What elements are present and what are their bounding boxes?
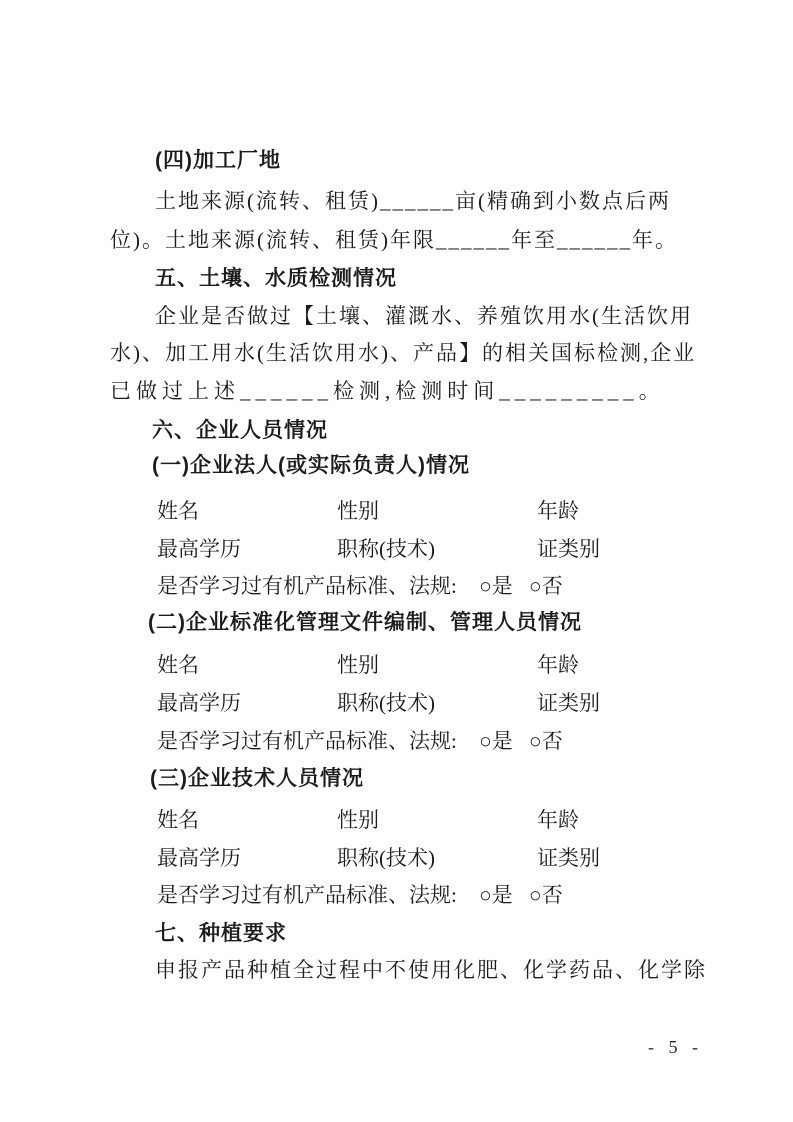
section7-heading: 七、种植要求 — [155, 921, 287, 947]
field-label-age: 年龄 — [537, 495, 579, 525]
radio-yes-option: ○是 — [479, 574, 513, 598]
field-label-cert: 证类别 — [537, 687, 600, 717]
personnel-1-heading: (一)企业法人(或实际负责人)情况 — [152, 453, 470, 479]
personnel-2-row-basic: 姓名 性别 年龄 — [0, 649, 793, 677]
field-label-cert: 证类别 — [537, 842, 600, 872]
field-label-title: 职称(技术) — [337, 842, 435, 872]
section4-line2: 位)。土地来源(流转、租赁)年限______年至______年。 — [110, 227, 678, 253]
field-label-name: 姓名 — [157, 649, 199, 679]
personnel-1-row-qualification: 最高学历 职称(技术) 证类别 — [0, 533, 793, 561]
section5-line1: 企业是否做过【土壤、灌溉水、养殖饮用水(生活饮用 — [155, 303, 693, 329]
section5-heading: 五、土壤、水质检测情况 — [155, 266, 397, 292]
section6-heading: 六、企业人员情况 — [152, 418, 328, 444]
field-label-title: 职称(技术) — [337, 533, 435, 563]
question-label: 是否学习过有机产品标准、法规: — [157, 729, 457, 753]
field-label-education: 最高学历 — [157, 687, 241, 717]
radio-yes-option: ○是 — [479, 729, 513, 753]
personnel-2-row-qualification: 最高学历 职称(技术) 证类别 — [0, 687, 793, 715]
field-label-name: 姓名 — [157, 804, 199, 834]
section4-line1: 土地来源(流转、租赁)______亩(精确到小数点后两 — [155, 188, 671, 214]
field-label-gender: 性别 — [337, 649, 379, 679]
section5-line2: 水)、加工用水(生活饮用水)、产品】的相关国标检测,企业 — [110, 340, 696, 366]
document-page: (四)加工厂地 土地来源(流转、租赁)______亩(精确到小数点后两 位)。土… — [0, 0, 793, 1122]
field-label-education: 最高学历 — [157, 533, 241, 563]
field-label-title: 职称(技术) — [337, 687, 435, 717]
question-label: 是否学习过有机产品标准、法规: — [157, 883, 457, 907]
section7-line1: 申报产品种植全过程中不使用化肥、化学药品、化学除 — [155, 957, 707, 983]
personnel-1-row-basic: 姓名 性别 年龄 — [0, 495, 793, 523]
radio-no-option: ○否 — [529, 729, 563, 753]
field-label-gender: 性别 — [337, 495, 379, 525]
section5-line3: 已做过上述______检测,检测时间_________。 — [110, 378, 665, 404]
question-label: 是否学习过有机产品标准、法规: — [157, 574, 457, 598]
section4-heading: (四)加工厂地 — [155, 148, 281, 174]
personnel-2-heading: (二)企业标准化管理文件编制、管理人员情况 — [148, 610, 582, 636]
radio-yes-option: ○是 — [479, 883, 513, 907]
field-label-cert: 证类别 — [537, 533, 600, 563]
personnel-1-question-row: 是否学习过有机产品标准、法规: ○是 ○否 — [157, 570, 563, 600]
field-label-age: 年龄 — [537, 649, 579, 679]
field-label-education: 最高学历 — [157, 842, 241, 872]
field-label-name: 姓名 — [157, 495, 199, 525]
personnel-3-question-row: 是否学习过有机产品标准、法规: ○是 ○否 — [157, 879, 563, 909]
field-label-gender: 性别 — [337, 804, 379, 834]
radio-no-option: ○否 — [529, 883, 563, 907]
page-number: - 5 - — [648, 1037, 703, 1058]
personnel-2-question-row: 是否学习过有机产品标准、法规: ○是 ○否 — [157, 725, 563, 755]
field-label-age: 年龄 — [537, 804, 579, 834]
personnel-3-heading: (三)企业技术人员情况 — [150, 766, 364, 792]
radio-no-option: ○否 — [529, 574, 563, 598]
personnel-3-row-qualification: 最高学历 职称(技术) 证类别 — [0, 842, 793, 870]
personnel-3-row-basic: 姓名 性别 年龄 — [0, 804, 793, 832]
